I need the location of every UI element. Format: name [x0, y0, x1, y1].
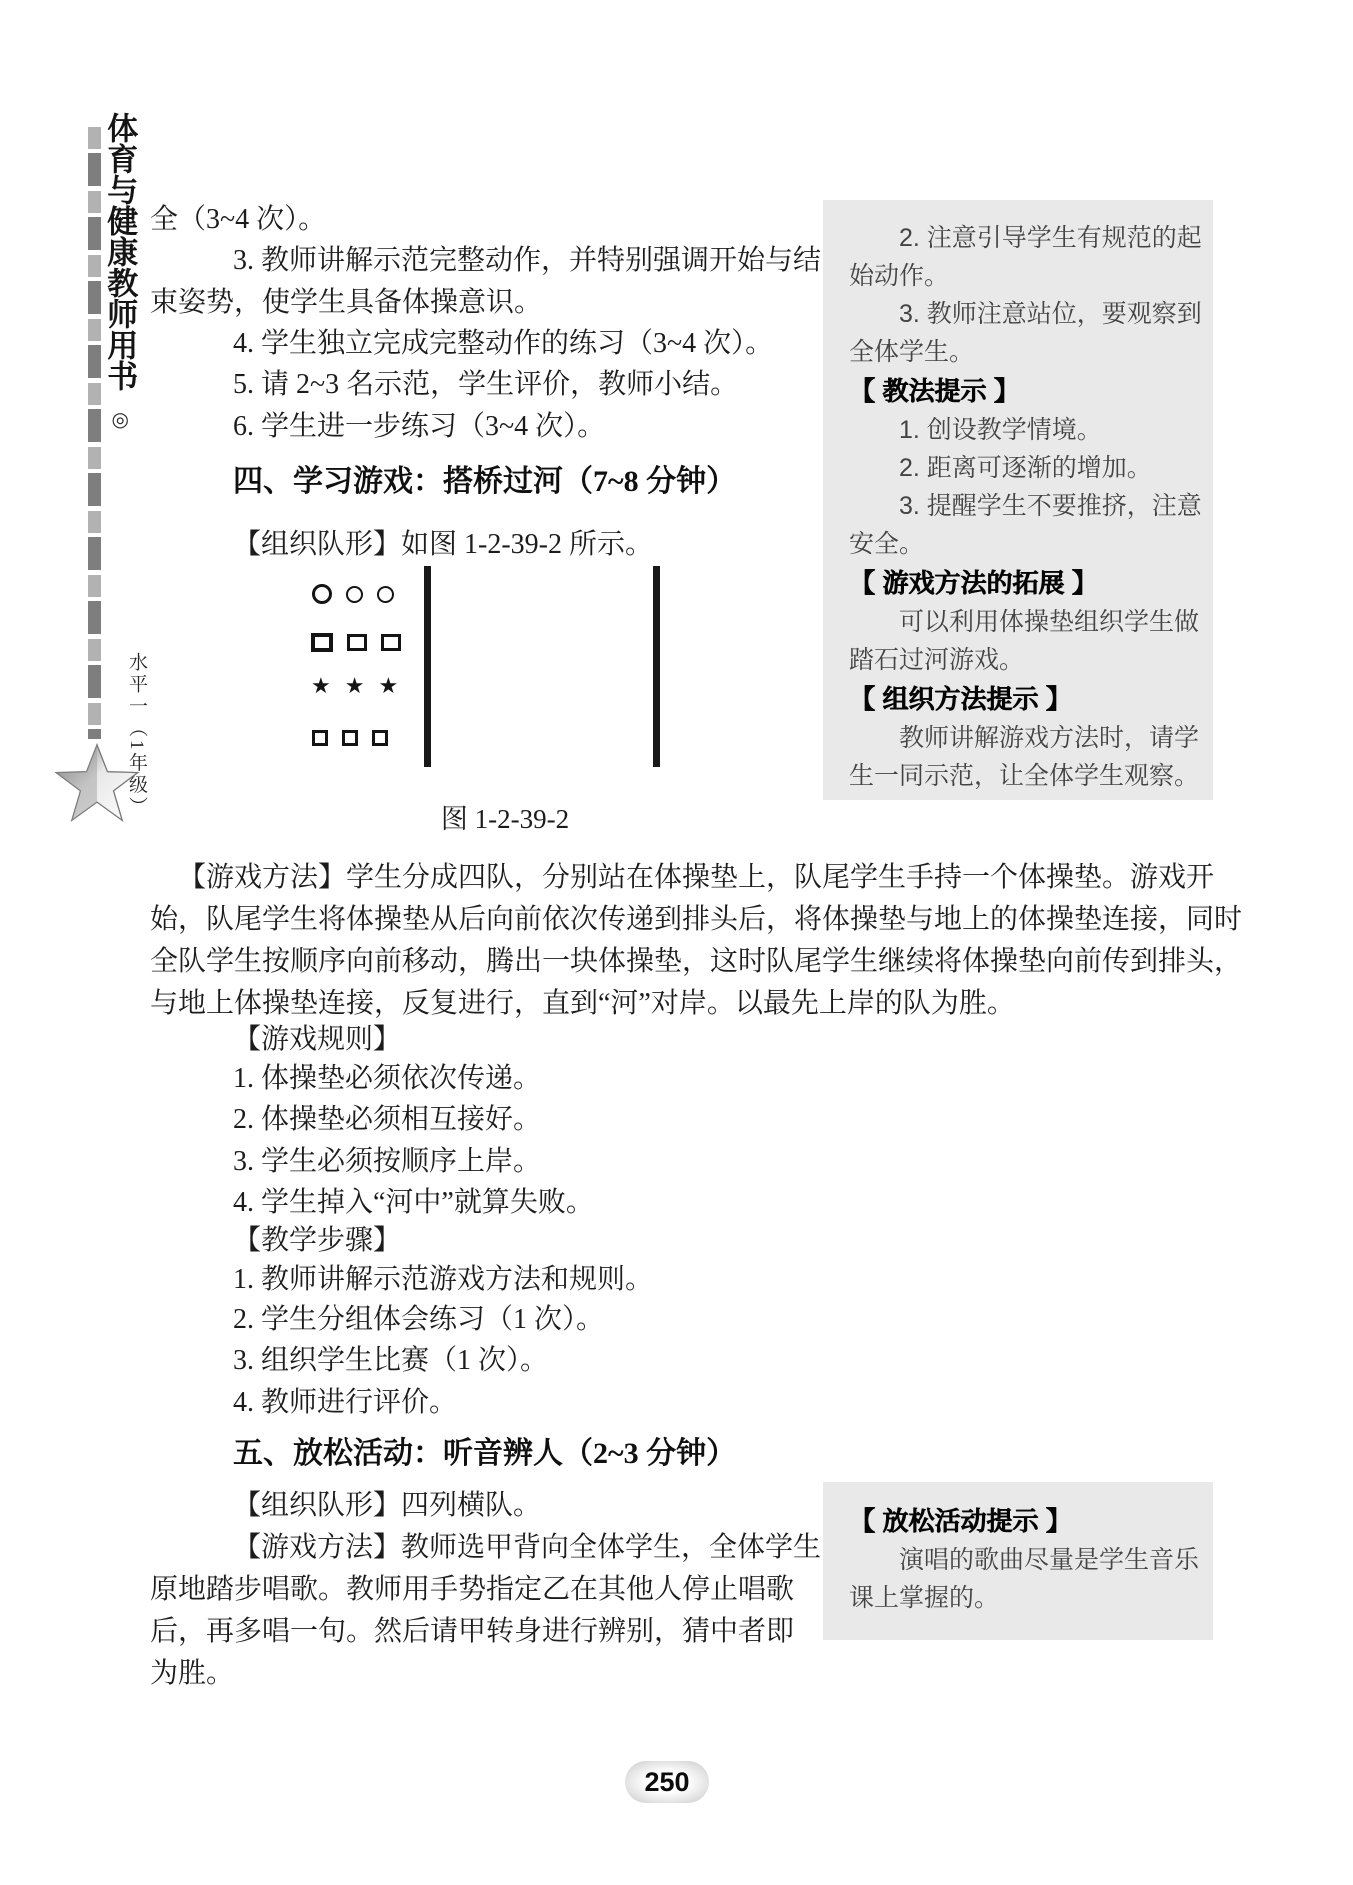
- spine-title-text: 体育与健康教师用书: [102, 112, 137, 391]
- paragraph-line: 【游戏方法】教师选甲背向全体学生，全体学生: [233, 1525, 821, 1565]
- tip-line: 踏石过河游戏。: [849, 641, 1201, 679]
- list-item: 1. 体操垫必须依次传递。: [233, 1056, 541, 1096]
- square-marker: [347, 634, 367, 651]
- section-heading-4: 四、学习游戏：搭桥过河（7~8 分钟）: [233, 456, 736, 500]
- paragraph-line: 原地踏步唱歌。教师用手势指定乙在其他人停止唱歌: [150, 1567, 794, 1607]
- section-heading-5: 五、放松活动：听音辨人（2~3 分钟）: [233, 1428, 736, 1472]
- tip-line: 课上掌握的。: [849, 1579, 1201, 1617]
- river-line-right: [653, 566, 660, 767]
- tip-line: 3. 提醒学生不要推挤，注意: [849, 487, 1201, 525]
- tip-line: 教师讲解游戏方法时，请学: [849, 719, 1201, 757]
- paragraph-line: 始，队尾学生将体操垫从后向前依次传递到排头后，将体操垫与地上的体操垫连接，同时: [150, 897, 1242, 937]
- formation-label: 【组织队形】四列横队。: [233, 1483, 541, 1523]
- tip-line: 安全。: [849, 525, 1201, 563]
- square-marker: [311, 633, 333, 652]
- tip-heading: 【 组织方法提示 】: [849, 679, 1201, 719]
- list-item: 2. 学生分组体会练习（1 次）。: [233, 1297, 604, 1337]
- tip-line: 2. 距离可逐渐的增加。: [849, 449, 1201, 487]
- formation-label: 【组织队形】如图 1-2-39-2 所示。: [233, 522, 653, 562]
- teaching-tips-box: 2. 注意引导学生有规范的起 始动作。 3. 教师注意站位，要观察到 全体学生。…: [823, 200, 1213, 800]
- tip-line: 可以利用体操垫组织学生做: [849, 603, 1201, 641]
- paragraph-line: 与地上体操垫连接，反复进行，直到“河”对岸。以最先上岸的队为胜。: [150, 981, 1015, 1021]
- steps-heading: 【教学步骤】: [233, 1218, 401, 1258]
- tip-line: 生一同示范，让全体学生观察。: [849, 757, 1201, 795]
- paragraph-line: 后，再多唱一句。然后请甲转身进行辨别，猜中者即: [150, 1609, 794, 1649]
- list-item: 4. 教师进行评价。: [233, 1380, 457, 1420]
- relaxation-tips-box: 【 放松活动提示 】 演唱的歌曲尽量是学生音乐 课上掌握的。: [823, 1482, 1213, 1640]
- list-item: 4. 学生掉入“河中”就算失败。: [233, 1180, 594, 1220]
- star-row: ★ ★ ★: [311, 676, 398, 698]
- square-marker: [381, 634, 401, 651]
- tip-heading: 【 教法提示 】: [849, 371, 1201, 411]
- book-spine-title: 体育与健康教师用书 ◎: [101, 112, 138, 431]
- paragraph-line: 为胜。: [150, 1651, 234, 1691]
- text-line: 全（3~4 次）。: [150, 197, 326, 237]
- circle-row: [312, 584, 394, 604]
- tip-line: 演唱的歌曲尽量是学生音乐: [849, 1541, 1201, 1579]
- spine-badge-icon: ◎: [107, 407, 131, 431]
- page-number: 250: [644, 1767, 689, 1798]
- list-item: 2. 体操垫必须相互接好。: [233, 1097, 541, 1137]
- tip-line: 1. 创设教学情境。: [849, 411, 1201, 449]
- page-number-badge: 250: [625, 1761, 709, 1803]
- list-item: 3. 教师讲解示范完整动作，并特别强调开始与结: [233, 238, 821, 278]
- star-marker: ★: [311, 676, 331, 698]
- tip-line: 3. 教师注意站位，要观察到: [849, 295, 1201, 333]
- square-marker: [372, 730, 388, 746]
- circle-marker: [346, 586, 363, 603]
- paragraph-line: 【游戏方法】学生分成四队，分别站在体操垫上，队尾学生手持一个体操垫。游戏开: [178, 855, 1214, 895]
- tip-line: 始动作。: [849, 257, 1201, 295]
- book-page: 体育与健康教师用书 ◎ 水平一（1年级） 全（3~4 次）。 3. 教师讲解示范…: [0, 0, 1353, 1885]
- paragraph-line: 全队学生按顺序向前移动，腾出一块体操垫，这时队尾学生继续将体操垫向前传到排头，: [150, 939, 1242, 979]
- star-marker: ★: [378, 676, 398, 698]
- list-item: 5. 请 2~3 名示范，学生评价，教师小结。: [233, 362, 738, 402]
- tip-line: 2. 注意引导学生有规范的起: [849, 219, 1201, 257]
- tip-heading: 【 放松活动提示 】: [849, 1501, 1201, 1541]
- star-marker: ★: [345, 676, 365, 698]
- text-line: 束姿势，使学生具备体操意识。: [150, 280, 542, 320]
- tip-heading: 【 游戏方法的拓展 】: [849, 563, 1201, 603]
- square-row-2: [312, 730, 388, 746]
- square-marker: [312, 730, 328, 746]
- square-marker: [342, 730, 358, 746]
- list-item: 6. 学生进一步练习（3~4 次）。: [233, 404, 605, 444]
- river-line-left: [424, 566, 431, 767]
- square-row: [311, 633, 401, 652]
- list-item: 3. 学生必须按顺序上岸。: [233, 1139, 541, 1179]
- figure-caption: 图 1-2-39-2: [415, 797, 595, 836]
- circle-marker: [312, 584, 332, 604]
- circle-marker: [377, 586, 394, 603]
- star-icon: [52, 743, 142, 823]
- rules-heading: 【游戏规则】: [233, 1017, 401, 1057]
- tip-line: 全体学生。: [849, 333, 1201, 371]
- list-item: 1. 教师讲解示范游戏方法和规则。: [233, 1257, 653, 1297]
- list-item: 3. 组织学生比赛（1 次）。: [233, 1338, 548, 1378]
- spine-decoration-blocks: [88, 127, 101, 739]
- list-item: 4. 学生独立完成完整动作的练习（3~4 次）。: [233, 321, 773, 361]
